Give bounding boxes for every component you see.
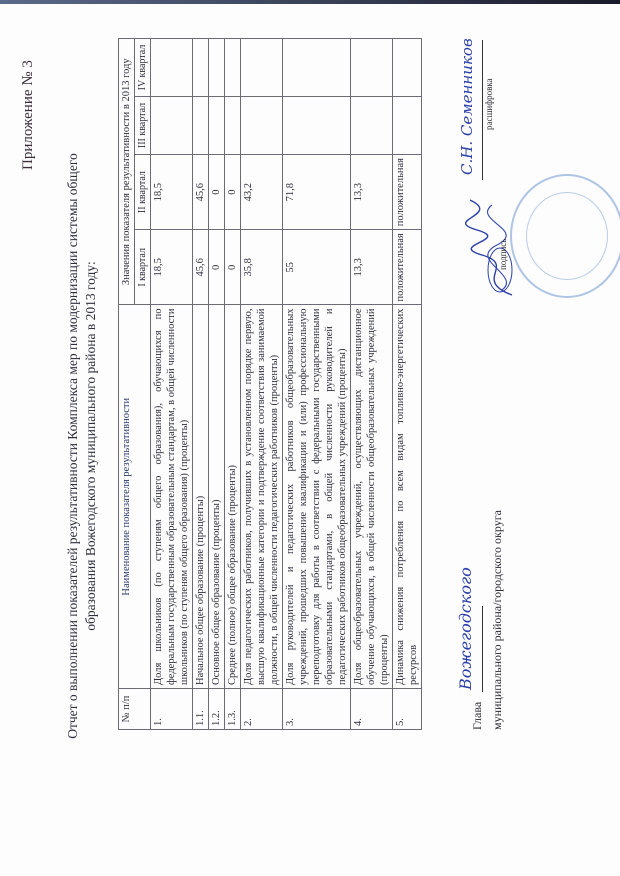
row-value-q2: 45,6 — [193, 155, 209, 230]
row-indicator-name: Доля руководителей и педагогических рабо… — [283, 305, 351, 689]
results-table: № п/п Наименование показателя результати… — [118, 38, 422, 730]
table-row: 2.Доля педагогических работников, получи… — [241, 39, 283, 730]
stamp-inner-ring — [526, 192, 608, 280]
header-q1: I квартал — [135, 230, 151, 305]
row-value-q1: 35,8 — [241, 230, 283, 305]
scan-edge — [0, 0, 620, 4]
row-value-q2: 0 — [225, 155, 241, 230]
table-row: 1.1.Начальное общее образование (процент… — [193, 39, 209, 730]
row-value-q4 — [225, 39, 241, 97]
document-page: Приложение № 3 Отчет о выполнении показа… — [0, 0, 620, 876]
row-value-q2: положительная — [393, 155, 422, 230]
header-q2: II квартал — [135, 155, 151, 230]
row-value-q3 — [151, 97, 193, 155]
row-value-q4 — [209, 39, 225, 97]
table-body: 1.Доля школьников (по ступеням общего об… — [151, 39, 422, 730]
row-indicator-name: Доля общеобразовательных учреждений, осу… — [351, 305, 393, 689]
head-label: Глава — [470, 702, 485, 730]
row-value-q2: 0 — [209, 155, 225, 230]
header-number: № п/п — [119, 689, 151, 730]
row-number: 2. — [241, 689, 283, 730]
row-indicator-name: Доля школьников (по ступеням общего обра… — [151, 305, 193, 689]
table-row: 3.Доля руководителей и педагогических ра… — [283, 39, 351, 730]
row-value-q3 — [241, 97, 283, 155]
row-number: 1.2. — [209, 689, 225, 730]
row-value-q1: 18,5 — [151, 230, 193, 305]
row-value-q3 — [209, 97, 225, 155]
row-indicator-name: Основное общее образование (проценты) — [209, 305, 225, 689]
table-row: 1.2.Основное общее образование (проценты… — [209, 39, 225, 730]
header-name: Наименование показателя результативности — [119, 305, 151, 689]
row-number: 3. — [283, 689, 351, 730]
row-value-q1: 13,3 — [351, 230, 393, 305]
table-row: 4.Доля общеобразовательных учреждений, о… — [351, 39, 393, 730]
row-number: 4. — [351, 689, 393, 730]
row-value-q2: 18,5 — [151, 155, 193, 230]
row-value-q3 — [193, 97, 209, 155]
row-value-q1: 0 — [225, 230, 241, 305]
table-row: 1.3.Среднее (полное) общее образование (… — [225, 39, 241, 730]
row-value-q1: 55 — [283, 230, 351, 305]
row-number: 1.3. — [225, 689, 241, 730]
row-indicator-name: Начальное общее образование (проценты) — [193, 305, 209, 689]
signature-label: подпись — [498, 239, 508, 270]
row-indicator-name: Среднее (полное) общее образование (проц… — [225, 305, 241, 689]
position-text: муниципального района/городского округа — [490, 510, 505, 730]
row-value-q4 — [283, 39, 351, 97]
row-value-q4 — [393, 39, 422, 97]
stamp-icon — [510, 174, 620, 298]
row-value-q3 — [393, 97, 422, 155]
row-value-q4 — [351, 39, 393, 97]
decode-handwritten: С.Н. Семенников — [458, 38, 476, 175]
head-handwritten: Вожегодского — [456, 567, 475, 690]
row-number: 1. — [151, 689, 193, 730]
header-q3: III квартал — [135, 97, 151, 155]
row-value-q2: 13,3 — [351, 155, 393, 230]
document-title: Отчет о выполнении показателей результат… — [64, 136, 100, 756]
decode-underline — [482, 40, 483, 180]
row-value-q3 — [225, 97, 241, 155]
appendix-label: Приложение № 3 — [20, 60, 37, 170]
row-value-q2: 43,2 — [241, 155, 283, 230]
table-row: 5.Динамика снижения потребления по всем … — [393, 39, 422, 730]
decode-label: расшифровка — [484, 78, 494, 130]
title-line-1: Отчет о выполнении показателей результат… — [64, 136, 82, 756]
row-value-q1: положительная — [393, 230, 422, 305]
row-value-q1: 0 — [209, 230, 225, 305]
row-value-q4 — [151, 39, 193, 97]
row-value-q4 — [193, 39, 209, 97]
row-value-q1: 45,6 — [193, 230, 209, 305]
row-indicator-name: Доля педагогических работников, получивш… — [241, 305, 283, 689]
title-line-2: образования Вожегодского муниципального … — [82, 136, 100, 756]
row-value-q3 — [283, 97, 351, 155]
header-q4: IV квартал — [135, 39, 151, 97]
head-underline — [482, 606, 483, 692]
row-indicator-name: Динамика снижения потребления по всем ви… — [393, 305, 422, 689]
row-value-q4 — [241, 39, 283, 97]
row-value-q2: 71,8 — [283, 155, 351, 230]
row-value-q3 — [351, 97, 393, 155]
header-values-group: Значения показателя результативности в 2… — [119, 39, 135, 305]
row-number: 1.1. — [193, 689, 209, 730]
row-number: 5. — [393, 689, 422, 730]
table-row: 1.Доля школьников (по ступеням общего об… — [151, 39, 193, 730]
